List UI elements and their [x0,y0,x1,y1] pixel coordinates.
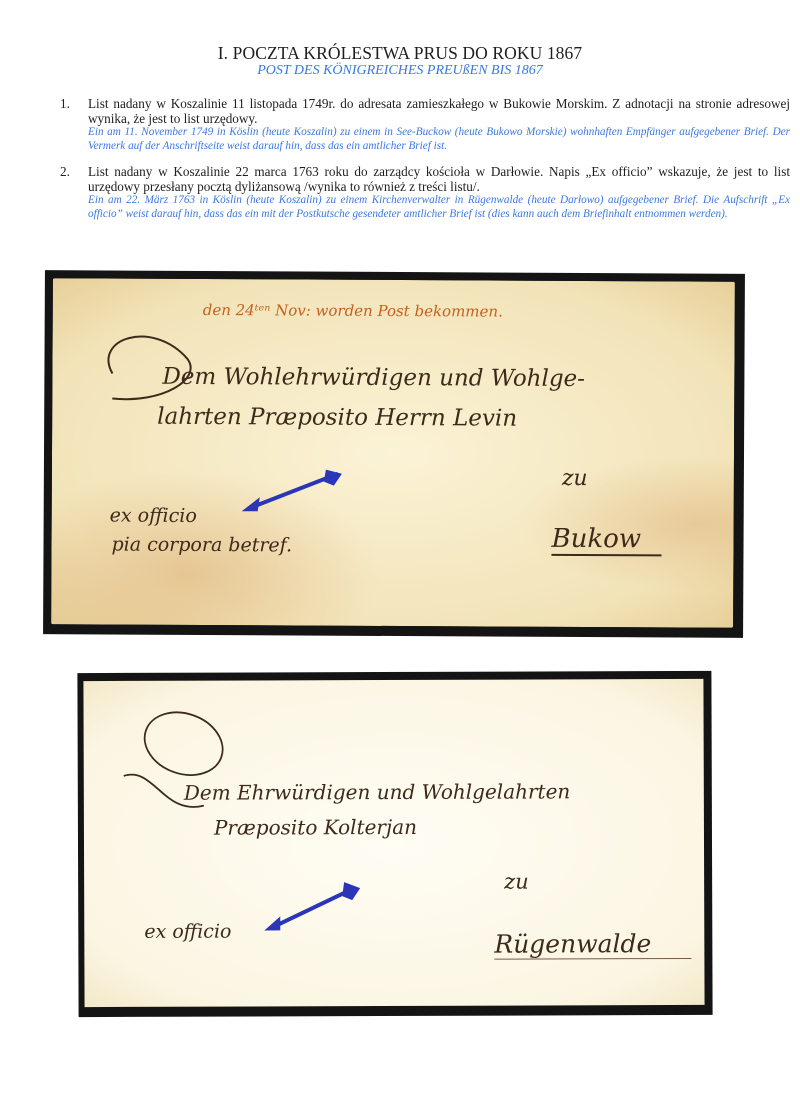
ex-officio-marking: ex officio [110,505,197,527]
entry-number: 2. [60,164,70,180]
address-line-1: Dem Wohlehrwürdigen und Wohlge- [162,364,585,392]
blue-arrow-icon [240,467,345,518]
receipt-note: den 24ᵗᵉⁿ Nov: worden Post bekommen. [203,301,503,321]
entry-text-polish: List nadany w Koszalinie 11 listopada 17… [88,96,790,126]
entry-2: 2. List nadany w Koszalinie 22 marca 176… [60,164,790,221]
entry-1: 1. List nadany w Koszalinie 11 listopada… [60,96,790,153]
destination: Rügenwalde [494,929,691,960]
entry-text-polish: List nadany w Koszalinie 22 marca 1763 r… [88,164,790,194]
entry-text-german: Ein am 22. März 1763 in Köslin (heute Ko… [88,194,790,221]
destination: Bukow [551,524,661,557]
pia-corpora-marking: pia corpora betref. [111,534,292,557]
page-title: I. POCZTA KRÓLESTWA PRUS DO ROKU 1867 [0,43,800,64]
zu-word: zu [562,466,588,491]
ex-officio-marking: ex officio [144,921,231,943]
letter-paper: Dem Ehrwürdigen und Wohlgelahrten Præpos… [83,679,704,1007]
address-line-2: Præposito Kolterjan [214,815,417,840]
letter-image-1763: Dem Ehrwürdigen und Wohlgelahrten Præpos… [77,671,712,1017]
entry-text-german: Ein am 11. November 1749 in Köslin (heut… [88,126,790,153]
address-line-2: lahrten Præposito Herrn Levin [157,404,517,432]
zu-word: zu [504,870,529,894]
letter-image-1749: den 24ᵗᵉⁿ Nov: worden Post bekommen. Dem… [43,270,745,638]
letter-paper: den 24ᵗᵉⁿ Nov: worden Post bekommen. Dem… [51,278,735,628]
entry-number: 1. [60,96,70,112]
blue-arrow-icon [262,880,362,935]
address-line-1: Dem Ehrwürdigen und Wohlgelahrten [184,779,571,804]
page-subtitle: POST DES KÖNIGREICHES PREUßEN BIS 1867 [0,63,800,79]
